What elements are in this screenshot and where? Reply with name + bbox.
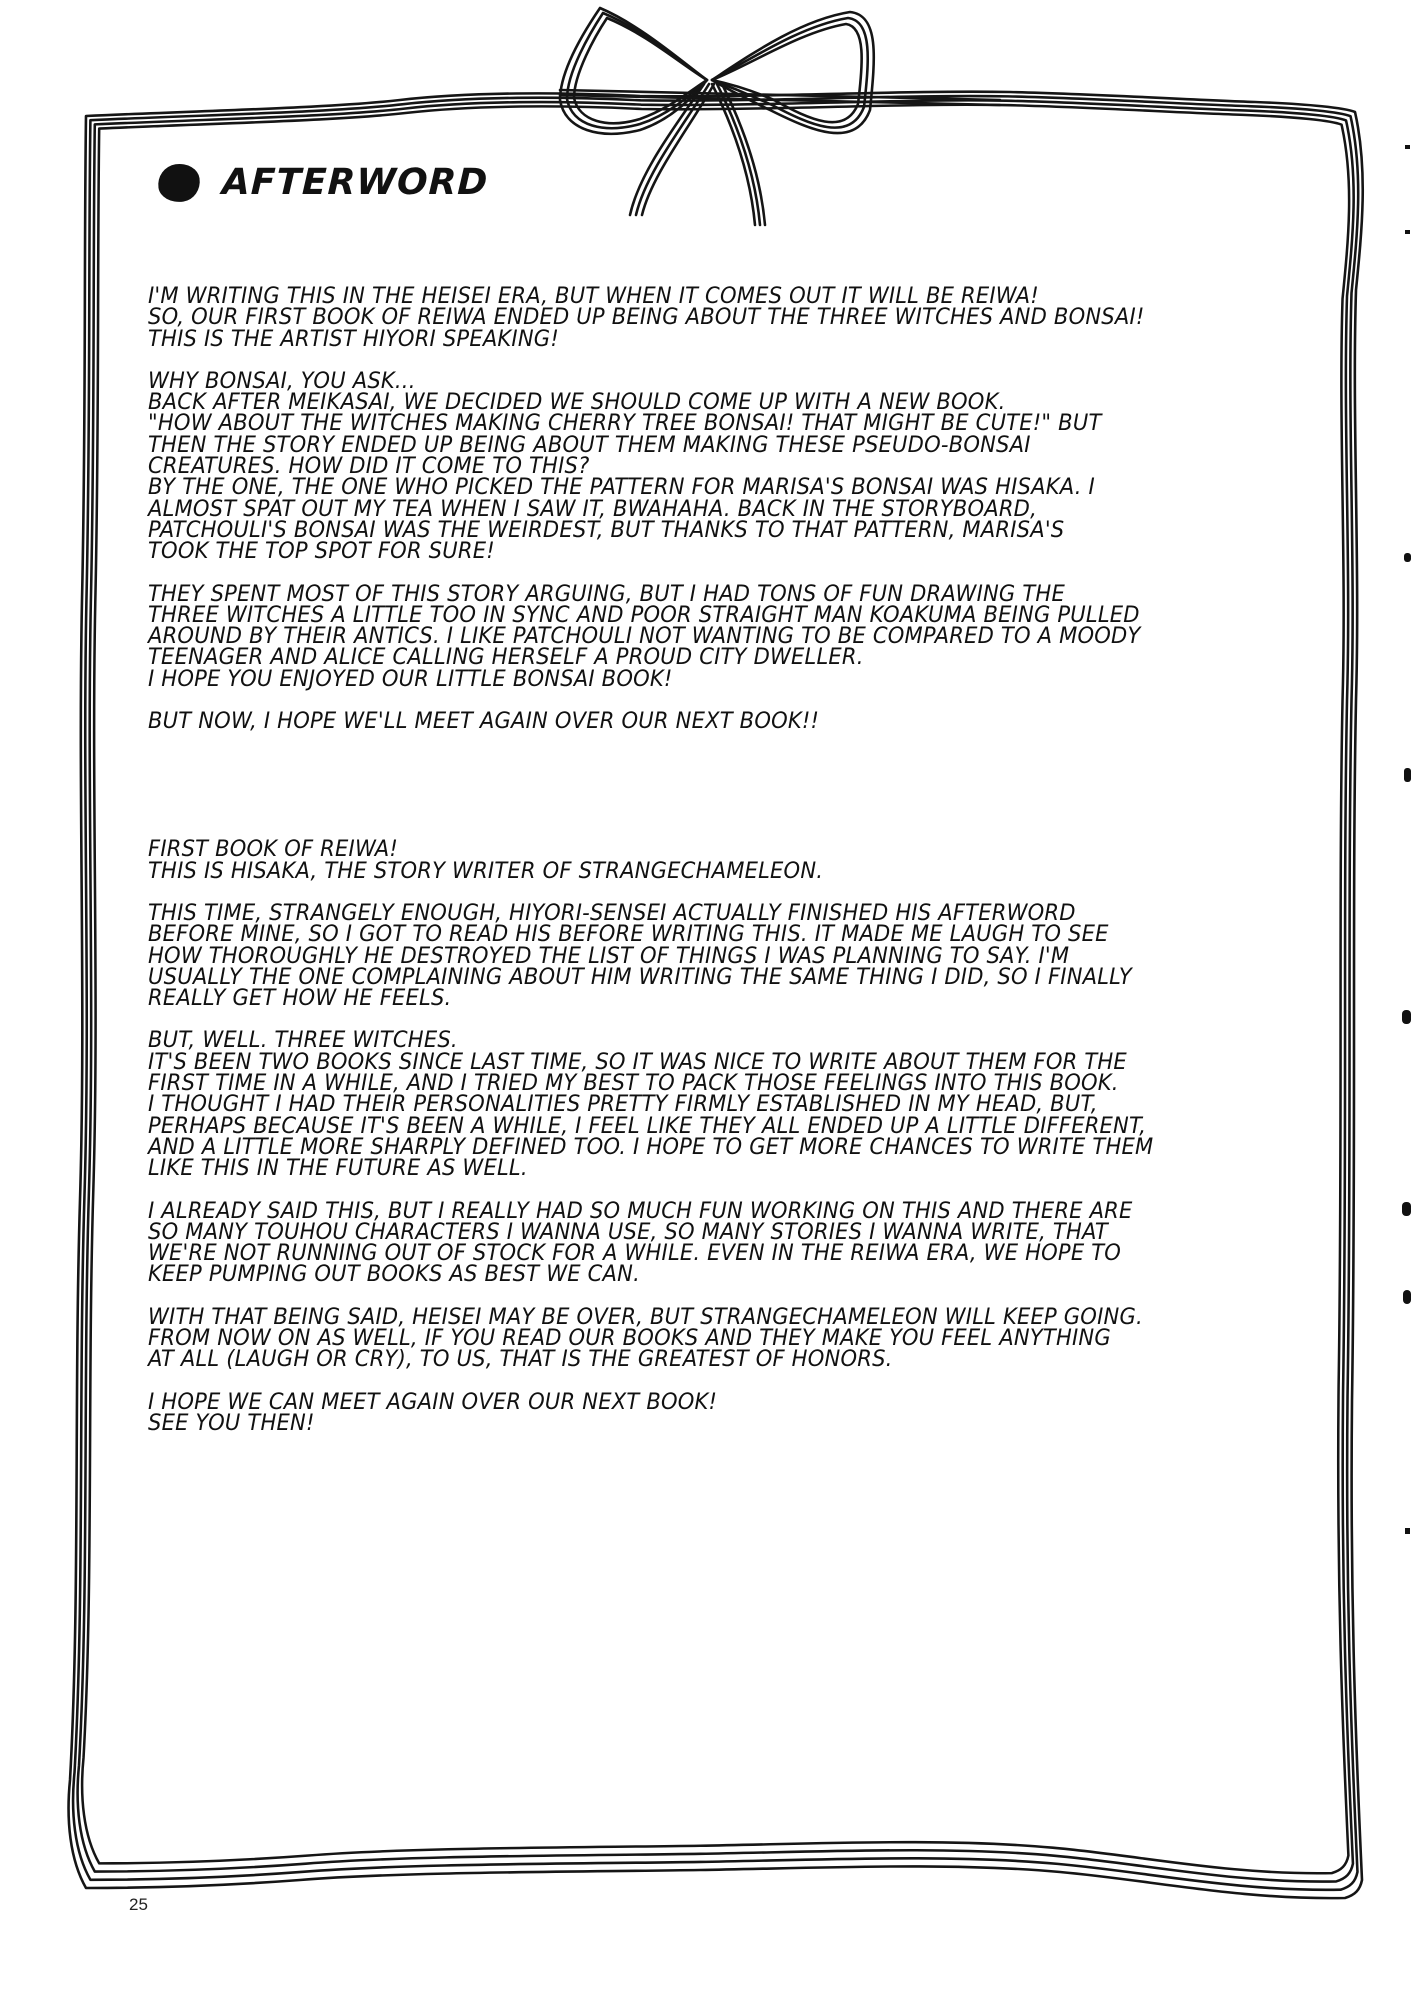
paragraph: I HOPE WE CAN MEET AGAIN OVER OUR NEXT B… [148,1392,1278,1435]
edge-mark [1404,553,1411,562]
paragraph: WHY BONSAI, YOU ASK...BACK AFTER MEIKASA… [148,371,1278,563]
ribbon-bow-icon [560,8,1000,225]
ink-blob-bullet-icon [156,161,203,204]
text-line: I HOPE WE CAN MEET AGAIN OVER OUR NEXT B… [148,1392,1323,1413]
afterword-section-hisaka: FIRST BOOK OF REIWA!THIS IS HISAKA, THE … [148,839,1278,1434]
text-line: I HOPE YOU ENJOYED OUR LITTLE BONSAI BOO… [148,669,1323,690]
paragraph: I ALREADY SAID THIS, BUT I REALLY HAD SO… [148,1201,1278,1286]
afterword-section-hiyori: I'M WRITING THIS IN THE HEISEI ERA, BUT … [148,286,1278,732]
text-line: LIKE THIS IN THE FUTURE AS WELL. [148,1158,1323,1179]
text-line: REALLY GET HOW HE FEELS. [148,988,1323,1009]
text-line: THIS IS THE ARTIST HIYORI SPEAKING! [148,329,1323,350]
edge-mark [1404,768,1411,782]
paragraph: BUT NOW, I HOPE WE'LL MEET AGAIN OVER OU… [148,711,1278,732]
afterword-page: AFTERWORD I'M WRITING THIS IN THE HEISEI… [0,0,1413,2000]
edge-mark [1405,1528,1410,1534]
text-line: KEEP PUMPING OUT BOOKS AS BEST WE CAN. [148,1264,1323,1285]
paragraph: WITH THAT BEING SAID, HEISEI MAY BE OVER… [148,1307,1278,1371]
paragraph: FIRST BOOK OF REIWA!THIS IS HISAKA, THE … [148,839,1278,882]
page-number: 25 [129,1895,148,1915]
page-title: AFTERWORD [221,162,489,203]
text-line: TOOK THE TOP SPOT FOR SURE! [148,541,1323,562]
afterword-heading: AFTERWORD [158,162,488,203]
edge-mark [1405,145,1410,149]
edge-mark [1403,1290,1411,1304]
afterword-body: I'M WRITING THIS IN THE HEISEI ERA, BUT … [148,286,1278,1455]
text-line: THIS IS HISAKA, THE STORY WRITER OF STRA… [148,861,1323,882]
edge-mark [1402,1202,1411,1216]
edge-mark [1402,1010,1411,1024]
paragraph: I'M WRITING THIS IN THE HEISEI ERA, BUT … [148,286,1278,350]
text-line: BUT NOW, I HOPE WE'LL MEET AGAIN OVER OU… [148,711,1323,732]
section-gap [148,753,1278,839]
paragraph: THEY SPENT MOST OF THIS STORY ARGUING, B… [148,584,1278,690]
text-line: AT ALL (LAUGH OR CRY), TO US, THAT IS TH… [148,1349,1323,1370]
edge-mark [1405,230,1410,234]
paragraph: THIS TIME, STRANGELY ENOUGH, HIYORI-SENS… [148,903,1278,1009]
text-line: SEE YOU THEN! [148,1413,1323,1434]
paragraph: BUT, WELL. THREE WITCHES.IT'S BEEN TWO B… [148,1030,1278,1179]
